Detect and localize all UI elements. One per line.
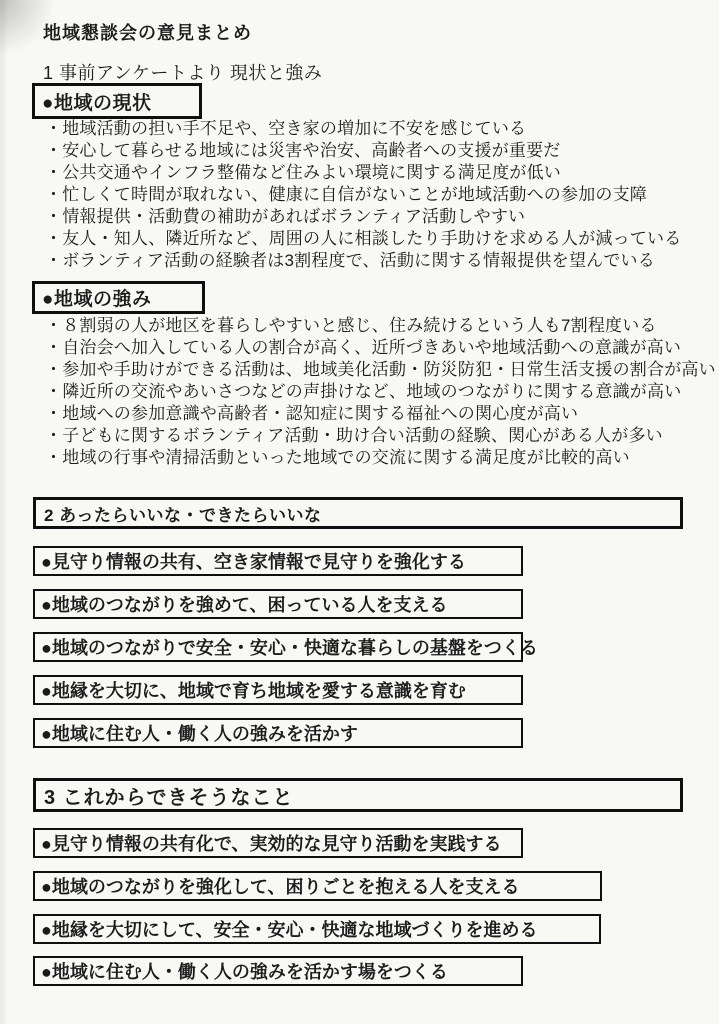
section2-heading: 2 あったらいいな・できたらいいな [44, 501, 322, 526]
group-label-box-strengths: ●地域の強み [32, 281, 205, 314]
group-label: ●地域の強み [42, 284, 151, 311]
section2-heading-box: 2 あったらいいな・できたらいいな [33, 497, 683, 529]
statement-text: ●地域に住む人・働く人の強みを活かす [41, 720, 358, 746]
statement-box: ●見守り情報の共有、空き家情報で見守りを強化する [33, 546, 523, 576]
statement-text: ●地縁を大切にして、安全・安心・快適な地域づくりを進める [41, 916, 538, 942]
list-item: ・忙しくて時間が取れない、健康に自信がないことが地域活動への参加の支障 [45, 184, 681, 206]
bullet-list-strengths: ・８割弱の人が地区を暮らしやすいと感じ、住み続けるという人も7割程度いる ・自治… [45, 315, 716, 469]
list-item: ・友人・知人、隣近所など、周囲の人に相談したり手助けを求める人が減っている [45, 228, 681, 250]
list-item: ・８割弱の人が地区を暮らしやすいと感じ、住み続けるという人も7割程度いる [45, 315, 716, 337]
statement-text: ●地域のつながりを強めて、困っている人を支える [41, 591, 448, 617]
list-item: ・安心して暮らせる地域には災害や治安、高齢者への支援が重要だ [45, 140, 681, 162]
statement-text: ●見守り情報の共有化で、実効的な見守り活動を実践する [41, 830, 502, 856]
scanned-document-page: 地域懇談会の意見まとめ 1 事前アンケートより 現状と強み ●地域の現状 ・地域… [0, 0, 719, 1024]
section1-heading: 1 事前アンケートより 現状と強み [43, 59, 322, 85]
section3-heading: 3 これからできそうなこと [44, 781, 293, 810]
statement-box: ●地域に住む人・働く人の強みを活かす [33, 718, 523, 748]
bullet-list-current-status: ・地域活動の担い手不足や、空き家の増加に不安を感じている ・安心して暮らせる地域… [45, 118, 681, 272]
group-label: ●地域の現状 [42, 88, 151, 115]
statement-box: ●地域のつながりを強めて、困っている人を支える [33, 589, 523, 619]
list-item: ・地域の行事や清掃活動といった地域での交流に関する満足度が比較的高い [45, 447, 716, 469]
group-label-box-current-status: ●地域の現状 [32, 83, 202, 119]
list-item: ・ボランティア活動の経験者は3割程度で、活動に関する情報提供を望んでいる [45, 250, 681, 272]
statement-box: ●地域のつながりで安全・安心・快適な暮らしの基盤をつくる [33, 632, 523, 662]
list-item: ・隣近所の交流やあいさつなどの声掛けなど、地域のつながりに関する意識が高い [45, 381, 716, 403]
statement-text: ●見守り情報の共有、空き家情報で見守りを強化する [41, 548, 466, 574]
statement-text: ●地縁を大切に、地域で育ち地域を愛する意識を育む [41, 677, 466, 703]
list-item: ・情報提供・活動費の補助があればボランティア活動しやすい [45, 206, 681, 228]
statement-box: ●地域のつながりを強化して、困りごとを抱える人を支える [33, 871, 602, 901]
list-item: ・自治会へ加入している人の割合が高く、近所づきあいや地域活動への意識が高い [45, 337, 716, 359]
statement-text: ●地域のつながりで安全・安心・快適な暮らしの基盤をつくる [41, 634, 538, 660]
list-item: ・子どもに関するボランティア活動・助け合い活動の経験、関心がある人が多い [45, 425, 716, 447]
statement-box: ●地縁を大切にして、安全・安心・快適な地域づくりを進める [33, 914, 601, 944]
statement-box: ●地域に住む人・働く人の強みを活かす場をつくる [33, 956, 523, 986]
list-item: ・参加や手助けができる活動は、地域美化活動・防災防犯・日常生活支援の割合が高い [45, 359, 716, 381]
statement-text: ●地域のつながりを強化して、困りごとを抱える人を支える [41, 873, 520, 899]
list-item: ・公共交通やインフラ整備など住みよい環境に関する満足度が低い [45, 162, 681, 184]
section3-heading-box: 3 これからできそうなこと [33, 778, 683, 812]
list-item: ・地域活動の担い手不足や、空き家の増加に不安を感じている [45, 118, 681, 140]
statement-box: ●見守り情報の共有化で、実効的な見守り活動を実践する [33, 828, 523, 858]
statement-box: ●地縁を大切に、地域で育ち地域を愛する意識を育む [33, 675, 523, 705]
statement-text: ●地域に住む人・働く人の強みを活かす場をつくる [41, 958, 448, 984]
list-item: ・地域への参加意識や高齢者・認知症に関する福祉への関心度が高い [45, 403, 716, 425]
document-title: 地域懇談会の意見まとめ [43, 19, 252, 45]
